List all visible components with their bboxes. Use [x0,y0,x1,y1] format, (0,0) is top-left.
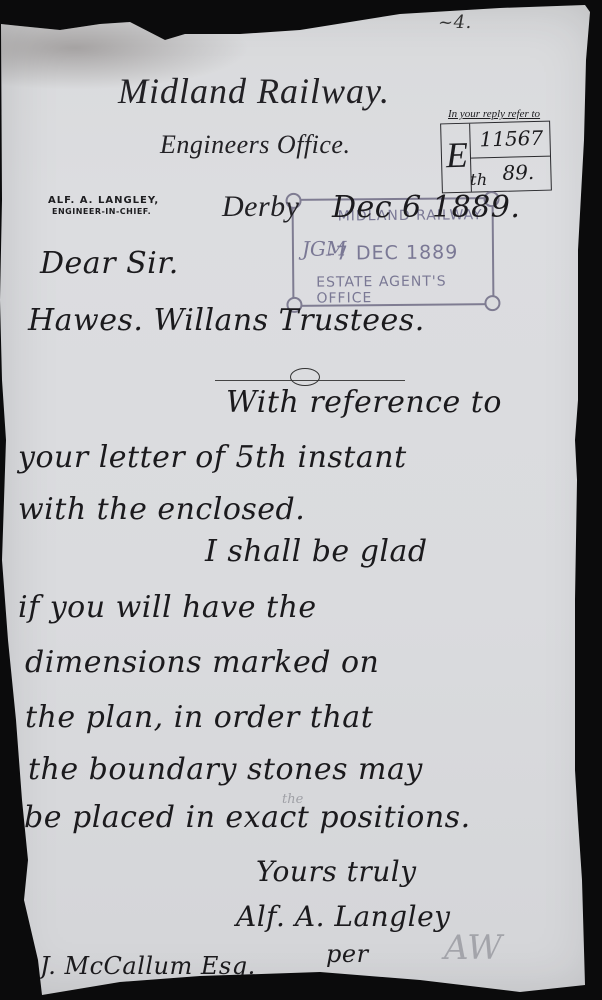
letter-date: Dec 6 [332,190,422,225]
stamp-date: -7 DEC 1889 [328,241,458,264]
letter-date-suffix: th [470,170,488,189]
body-line: your letter of 5th instant [18,440,407,475]
document-viewer: ~4. Midland Railway. Engineers Office. A… [0,0,602,1000]
body-line: be placed in exact positions. [24,800,471,835]
signature: Alf. A. Langley [236,900,450,933]
letterhead-office: Engineers Office. [160,130,350,160]
salutation: Dear Sir. [40,246,179,281]
body-line: the plan, in order that [25,700,373,735]
per-note: per [326,940,369,968]
reference-divider [470,156,550,159]
pencil-initials: AW [444,928,502,968]
body-line: I shall be glad [205,534,428,569]
reference-box: E 11567 89. [440,121,552,194]
reference-letter: E [445,134,468,177]
divider-flourish [290,368,320,386]
reference-year: 89. [502,160,534,185]
body-line: with the enclosed. [18,492,305,527]
body-line: With reference to [226,385,502,420]
addressee: J. McCallum Esq. [40,952,256,980]
engineer-title: ENGINEER-IN-CHIEF. [52,206,159,217]
letter-year: 1889. [432,190,520,225]
letterhead-company: Midland Railway. [118,70,390,112]
body-line: if you will have the [18,590,317,625]
body-line: dimensions marked on [25,645,379,680]
archive-number: ~4. [438,12,472,33]
engineer-name: ALF. A. LANGLEY, [48,195,159,206]
closing: Yours truly [256,855,417,888]
body-line: the boundary stones may [28,752,423,787]
subject-line: Hawes. Willans Trustees. [28,303,425,338]
reference-label: In your reply refer to [448,108,540,120]
letter-page: ~4. Midland Railway. Engineers Office. A… [0,0,602,1000]
stamp-office: ESTATE AGENT'S OFFICE [316,273,492,307]
letter-place: Derby [222,190,299,224]
reference-number: 11567 [479,126,543,152]
engineer-block: ALF. A. LANGLEY, ENGINEER-IN-CHIEF. [48,192,159,217]
